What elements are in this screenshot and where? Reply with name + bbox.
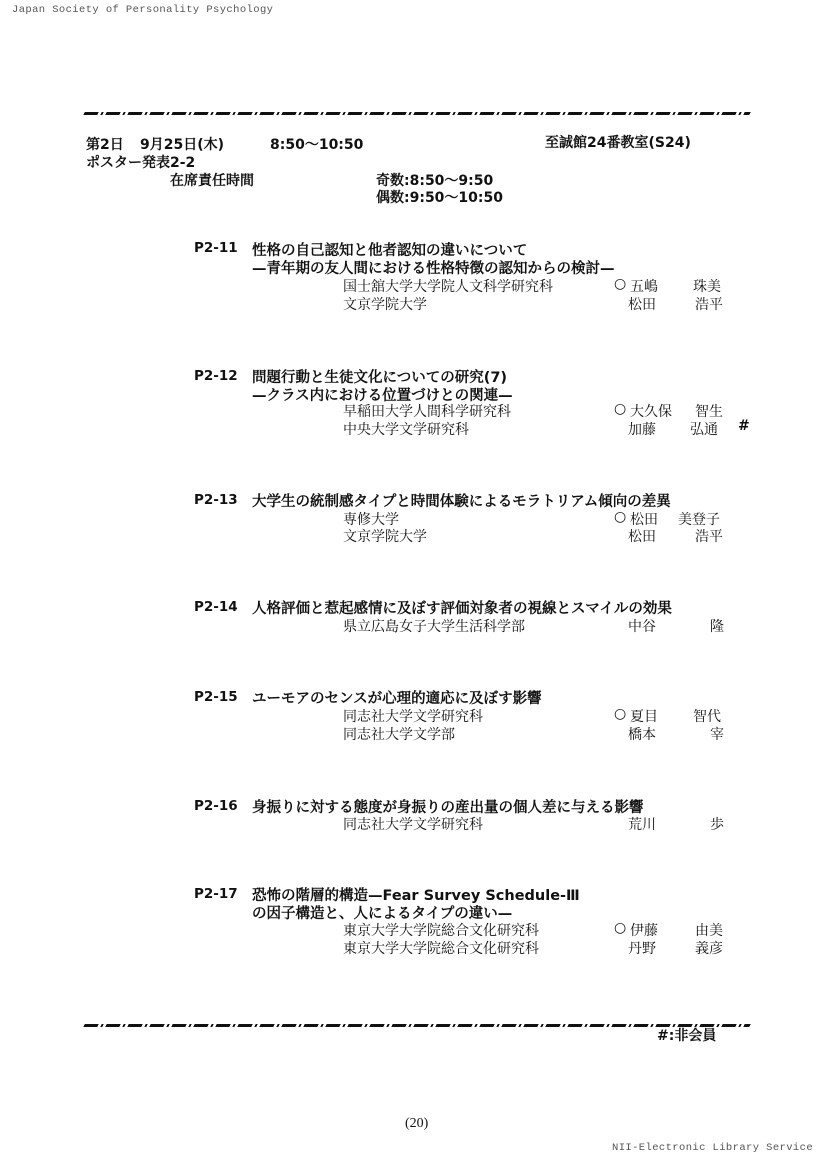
affiliation: 東京大学大学院総合文化研究科	[343, 920, 539, 940]
author-given: 義彦	[695, 938, 723, 958]
author-given: 智生	[695, 401, 723, 421]
affiliation: 国士舘大学大学院人文科学研究科	[343, 276, 553, 296]
presence-label: 在席責任時間	[170, 170, 254, 190]
affiliation: 文京学院大学	[343, 526, 427, 546]
author-given: 浩平	[695, 526, 723, 546]
top-divider	[83, 112, 751, 115]
affiliation: 県立広島女子大学生活科学部	[343, 616, 525, 636]
affiliation: 東京大学大学院総合文化研究科	[343, 938, 539, 958]
author-given: 歩	[710, 814, 724, 834]
author-given: 浩平	[695, 294, 723, 314]
presentation-id: P2-12	[194, 368, 238, 384]
presenter-marker: ○	[614, 276, 626, 292]
author-family: 大久保	[630, 401, 672, 421]
author-given: 弘通	[690, 419, 718, 439]
author-family: 夏目	[630, 706, 658, 726]
author-family: 橋本	[628, 724, 656, 744]
author-family: 中谷	[628, 616, 656, 636]
author-family: 松田	[628, 294, 656, 314]
presentation-id: P2-11	[194, 240, 238, 256]
author-given: 由美	[695, 920, 723, 940]
author-given: 智代	[693, 706, 721, 726]
presenter-marker: ○	[614, 920, 626, 936]
session-time: 8:50〜10:50	[270, 134, 363, 154]
author-given: 宰	[710, 724, 724, 744]
session-title: ポスター発表2-2	[86, 152, 195, 172]
even-time: 偶数:9:50〜10:50	[376, 187, 503, 207]
presenter-marker: ○	[614, 706, 626, 722]
presenter-marker: ○	[614, 401, 626, 417]
presenter-marker: ○	[614, 509, 626, 525]
page-number: (20)	[405, 1116, 428, 1132]
non-member-legend: #:非会員	[657, 1025, 716, 1045]
presentation-id: P2-15	[194, 689, 238, 705]
affiliation: 同志社大学文学部	[343, 724, 455, 744]
session-room: 至誠館24番教室(S24)	[545, 132, 691, 152]
affiliation: 文京学院大学	[343, 294, 427, 314]
author-given: 隆	[710, 616, 724, 636]
session-day: 第2日	[86, 134, 124, 154]
presentation-id: P2-17	[194, 886, 238, 902]
session-date: 9月25日(木)	[140, 134, 224, 154]
author-given: 珠美	[693, 276, 721, 296]
affiliation: 同志社大学文学研究科	[343, 814, 483, 834]
presentation-id: P2-16	[194, 798, 238, 814]
presentation-title: ユーモアのセンスが心理的適応に及ぼす影響	[252, 687, 542, 708]
page-footer: NII-Electronic Library Service	[612, 1142, 813, 1154]
presentation-id: P2-14	[194, 599, 238, 615]
page-header: Japan Society of Personality Psychology	[12, 4, 273, 16]
affiliation: 早稲田大学人間科学研究科	[343, 401, 511, 421]
bottom-divider	[83, 1024, 751, 1027]
author-family: 伊藤	[630, 920, 658, 940]
presentation-title: 人格評価と惹起感情に及ぼす評価対象者の視線とスマイルの効果	[252, 597, 672, 618]
author-family: 五嶋	[630, 276, 658, 296]
affiliation: 同志社大学文学研究科	[343, 706, 483, 726]
presentation-id: P2-13	[194, 492, 238, 508]
author-family: 加藤	[628, 419, 656, 439]
affiliation: 中央大学文学研究科	[343, 419, 469, 439]
author-family: 荒川	[628, 814, 656, 834]
presentation-subtitle: —青年期の友人間における性格特徴の認知からの検討—	[252, 257, 615, 278]
non-member-mark: #	[738, 418, 750, 434]
author-family: 松田	[628, 526, 656, 546]
author-family: 丹野	[628, 938, 656, 958]
presentation-title: 大学生の統制感タイプと時間体験によるモラトリアム傾向の差異	[252, 490, 671, 511]
